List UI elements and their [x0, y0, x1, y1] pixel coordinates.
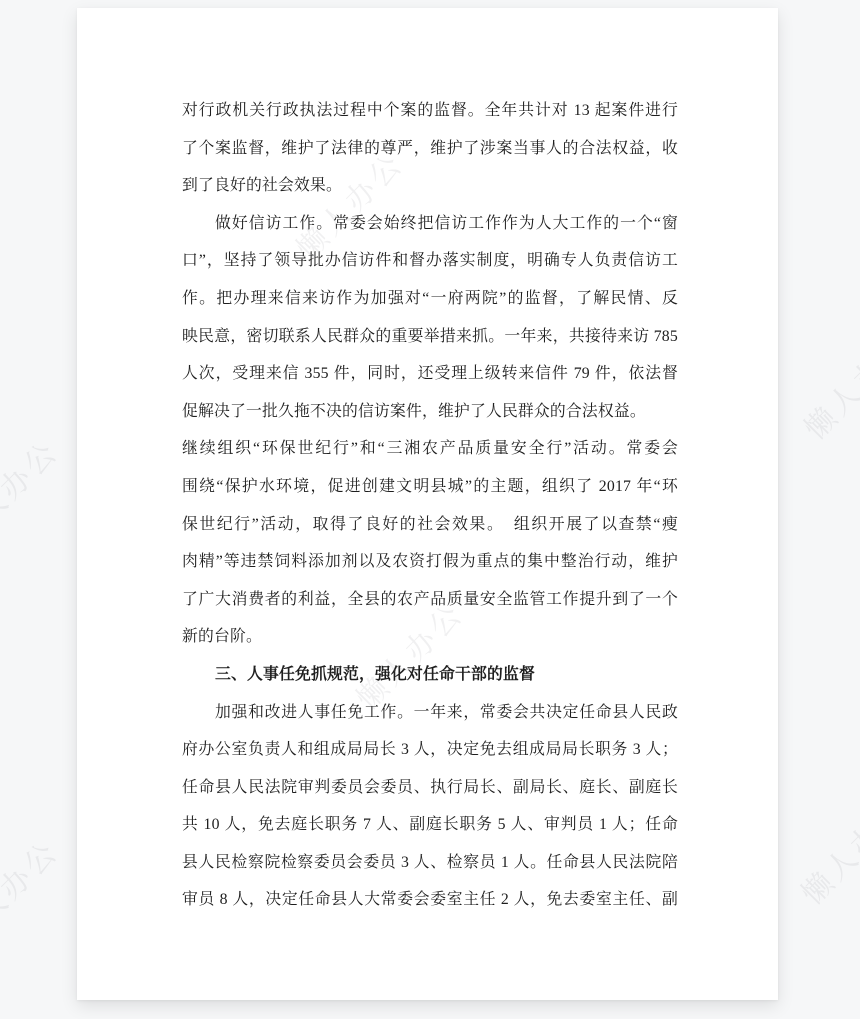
text-line: 审员 8 人，决定任命县人大常委会委室主任 2 人，免去委室主任、副 [182, 881, 678, 919]
text-line: 作。把办理来信来访作为加强对“一府两院”的监督，了解民情、反 [182, 280, 678, 318]
watermark-text: 懒人办公 [789, 785, 860, 912]
text-line: 共 10 人，免去庭长职务 7 人、副庭长职务 5 人、审判员 1 人；任命 [182, 806, 678, 844]
text-line: 了个案监督，维护了法律的尊严，维护了涉案当事人的合法权益，收 [182, 130, 678, 168]
text-line: 继续组织“环保世纪行”和“三湘农产品质量安全行”活动。常委会 [182, 430, 678, 468]
text-line: 新的台阶。 [182, 618, 678, 656]
document-page: 对行政机关行政执法过程中个案的监督。全年共计对 13 起案件进行了个案监督，维护… [77, 8, 778, 1000]
text-line: 了广大消费者的利益，全县的农产品质量安全监管工作提升到了一个 [182, 581, 678, 619]
text-line: 加强和改进人事任免工作。一年来，常委会共决定任命县人民政 [182, 694, 678, 732]
text-line: 映民意，密切联系人民群众的重要举措来抓。一年来，共接待来访 785 [182, 318, 678, 356]
section-heading: 三、人事任免抓规范，强化对任命干部的监督 [182, 656, 678, 694]
canvas-background: 对行政机关行政执法过程中个案的监督。全年共计对 13 起案件进行了个案监督，维护… [0, 0, 860, 1019]
watermark-text: 懒人办公 [0, 828, 67, 955]
text-line: 做好信访工作。常委会始终把信访工作作为人大工作的一个“窗 [182, 205, 678, 243]
text-line: 对行政机关行政执法过程中个案的监督。全年共计对 13 起案件进行 [182, 92, 678, 130]
text-line: 保世纪行”活动，取得了良好的社会效果。 组织开展了以查禁“瘦 [182, 506, 678, 544]
text-line: 人次，受理来信 355 件，同时，还受理上级转来信件 79 件，依法督 [182, 355, 678, 393]
text-line: 口”，坚持了领导批办信访件和督办落实制度，明确专人负责信访工 [182, 242, 678, 280]
watermark-text: 懒人办公 [792, 320, 860, 447]
text-line: 促解决了一批久拖不决的信访案件，维护了人民群众的合法权益。 [182, 393, 678, 431]
text-line: 县人民检察院检察委员会委员 3 人、检察员 1 人。任命县人民法院陪 [182, 844, 678, 882]
text-line: 任命县人民法院审判委员会委员、执行局长、副局长、庭长、副庭长 [182, 769, 678, 807]
text-line: 肉精”等违禁饲料添加剂以及农资打假为重点的集中整治行动，维护 [182, 543, 678, 581]
text-line: 府办公室负责人和组成局局长 3 人，决定免去组成局局长职务 3 人； [182, 731, 678, 769]
watermark-text: 懒人办公 [0, 428, 67, 555]
document-body: 对行政机关行政执法过程中个案的监督。全年共计对 13 起案件进行了个案监督，维护… [182, 92, 678, 919]
text-line: 围绕“保护水环境，促进创建文明县城”的主题，组织了 2017 年“环 [182, 468, 678, 506]
text-line: 到了良好的社会效果。 [182, 167, 678, 205]
